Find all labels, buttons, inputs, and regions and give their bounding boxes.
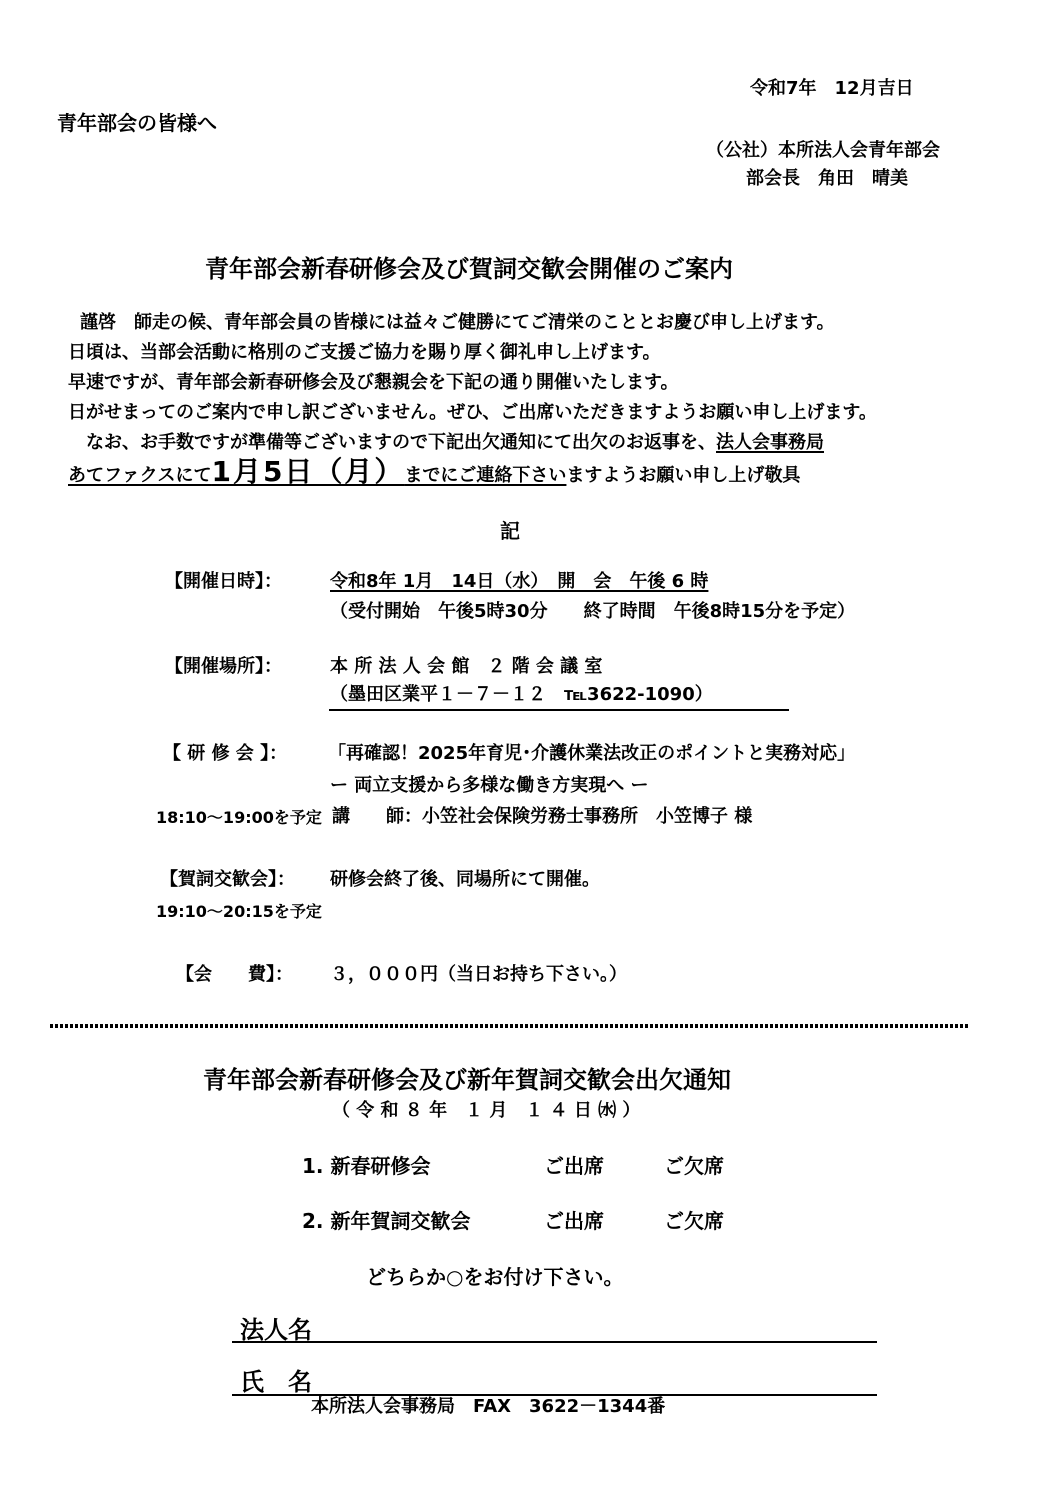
closing-text: ますようお願い申し上げ bbox=[566, 465, 764, 486]
reply-item-2-label: 2. 新年賀詞交歓会 bbox=[302, 1211, 470, 1231]
seminar-title: 「再確認！2025年育児･介護休業法改正のポイントと実務対応」 bbox=[328, 745, 855, 763]
seminar-time: 18:10～19:00を予定 bbox=[156, 810, 322, 826]
keigu: 敬具 bbox=[764, 465, 800, 486]
ki-heading: 記 bbox=[500, 521, 520, 541]
addressee: 青年部会の皆様へ bbox=[57, 113, 217, 133]
document-title: 青年部会新春研修会及び賀詞交歓会開催のご案内 bbox=[205, 257, 733, 281]
datetime-label: 【開催日時】： bbox=[165, 573, 282, 591]
reply-form-title: 青年部会新春研修会及び新年賀詞交歓会出欠通知 bbox=[203, 1068, 731, 1092]
lecturer-label: 講 師： bbox=[332, 808, 422, 826]
fax-instruction: あてファクスにて bbox=[68, 465, 211, 486]
company-name-label: 法人名 bbox=[240, 1318, 312, 1342]
issue-date: 令和7年 12月吉日 bbox=[750, 80, 914, 98]
sender-person: 部会長 角田 晴美 bbox=[746, 170, 908, 188]
party-value: 研修会終了後、同場所にて開催。 bbox=[330, 871, 600, 889]
company-name-field[interactable] bbox=[232, 1341, 877, 1343]
reply-form-date: （ 令 和 ８ 年 １ 月 １ ４ 日 ㈬ ） bbox=[332, 1102, 640, 1120]
reply-instruction: どちらか○をお付け下さい。 bbox=[366, 1267, 623, 1287]
body-line-1: 謹啓 師走の候、青年部会員の皆様には益々ご健勝にてご清栄のこととお慶び申し上げま… bbox=[80, 314, 835, 332]
venue-value: 本 所 法 人 会 館 ２ 階 会 議 室 bbox=[330, 658, 602, 676]
body-line-2: 日頃は、当部会活動に格別のご支援ご協力を賜り厚く御礼申し上げます。 bbox=[68, 344, 661, 362]
seminar-subtitle: ー 両立支援から多様な働き方実現へ ー bbox=[330, 777, 649, 795]
party-label: 【賀詞交歓会】： bbox=[160, 871, 295, 889]
reply-item-2-absent[interactable]: ご欠席 bbox=[664, 1211, 724, 1231]
datetime-note: （受付開始 午後5時30分 終了時間 午後8時15分を予定） bbox=[330, 603, 855, 621]
reply-item-1-absent[interactable]: ご欠席 bbox=[664, 1156, 724, 1176]
fee-label: 【会 費】： bbox=[176, 966, 293, 984]
party-time: 19:10～20:15を予定 bbox=[156, 904, 322, 920]
venue-label: 【開催場所】： bbox=[165, 658, 282, 676]
venue-address: （墨田区業平１－７－１２ ℡3622-1090） bbox=[330, 686, 713, 704]
cut-line-divider bbox=[50, 1024, 968, 1028]
sender-organization: （公社）本所法人会青年部会 bbox=[706, 142, 940, 160]
body-line-6: あてファクスにて1月5日（月）までにご連絡下さいますようお願い申し上げ敬具 bbox=[68, 458, 800, 486]
body-line-3: 早速ですが、青年部会新春研修会及び懇親会を下記の通り開催いたします。 bbox=[68, 374, 679, 392]
contact-request: までにご連絡下さい bbox=[404, 465, 566, 486]
body-line-5: なお、お手数ですが準備等ございますので下記出欠通知にて出欠のお返事を、法人会事務… bbox=[86, 434, 824, 452]
datetime-value: 令和8年 1月 14日（水） 開 会 午後 6 時 bbox=[330, 573, 708, 591]
lecturer-name: 小笠社会保険労務士事務所 小笠博子 様 bbox=[422, 808, 752, 826]
reply-item-2-attend[interactable]: ご出席 bbox=[544, 1211, 604, 1231]
reply-deadline: 1月5日（月） bbox=[211, 455, 404, 488]
reply-item-1-label: 1. 新春研修会 bbox=[302, 1156, 430, 1176]
office-name-underlined: 法人会事務局 bbox=[716, 432, 824, 453]
fee-value: ３，０００円（当日お持ち下さい。） bbox=[330, 966, 627, 984]
fax-number: 本所法人会事務局 FAX 3622－1344番 bbox=[311, 1398, 665, 1416]
reply-item-1-attend[interactable]: ご出席 bbox=[544, 1156, 604, 1176]
person-name-label: 氏 名 bbox=[240, 1370, 312, 1394]
body-line-4: 日がせまってのご案内で申し訳ございません。ぜひ、ご出席いただきますようお願い申し… bbox=[68, 404, 877, 422]
seminar-label: 【 研 修 会 】： bbox=[163, 745, 287, 763]
body-line-5-text: なお、お手数ですが準備等ございますので下記出欠通知にて出欠のお返事を、 bbox=[86, 432, 716, 453]
venue-underline bbox=[329, 709, 789, 711]
